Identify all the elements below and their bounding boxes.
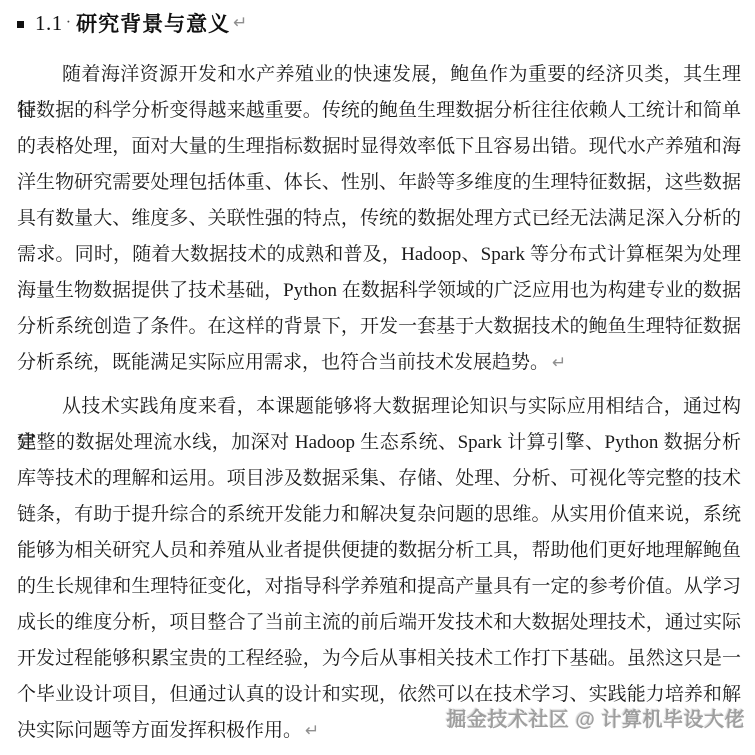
paragraph-line: 个毕业设计项目，但通过认真的设计和实现，依然可以在技术学习、实践能力培养和解: [17, 677, 741, 713]
paragraph-line: 开发过程能够积累宝贵的工程经验，为今后从事相关技术工作打下基础。虽然这只是一: [17, 641, 741, 677]
paragraph-line: 征数据的科学分析变得越来越重要。传统的鲍鱼生理数据分析往往依赖人工统计和简单: [17, 93, 741, 129]
paragraph-line: 海量生物数据提供了技术基础，Python 在数据科学领域的广泛应用也为构建专业的…: [17, 273, 741, 309]
paragraph-line: 的生长规律和生理特征变化，对指导科学养殖和提高产量具有一定的参考价值。从学习: [17, 569, 741, 605]
paragraph: 从技术实践角度来看，本课题能够将大数据理论知识与实际应用相结合，通过构建完整的数…: [17, 389, 741, 749]
paragraph-line: 分析系统，既能满足实际应用需求，也符合当前技术发展趋势。↵: [17, 345, 741, 381]
paragraph-line: 洋生物研究需要处理包括体重、体长、性别、年龄等多维度的生理特征数据，这些数据: [17, 165, 741, 201]
paragraph-line: 需求。同时，随着大数据技术的成熟和普及，Hadoop、Spark 等分布式计算框…: [17, 237, 741, 273]
paragraph-line: 分析系统创造了条件。在这样的背景下，开发一套基于大数据技术的鲍鱼生理特征数据: [17, 309, 741, 345]
section-heading: 1.1 · 研究背景与意义 ↵: [17, 8, 741, 38]
paragraph-line: 完整的数据处理流水线，加深对 Hadoop 生态系统、Spark 计算引擎、Py…: [17, 425, 741, 461]
paragraph-end-mark: ↵: [305, 721, 319, 741]
paragraph: 随着海洋资源开发和水产养殖业的快速发展，鲍鱼作为重要的经济贝类，其生理特征数据的…: [17, 57, 741, 381]
paragraph-line: 从技术实践角度来看，本课题能够将大数据理论知识与实际应用相结合，通过构建: [17, 389, 741, 425]
heading-title: 研究背景与意义: [76, 8, 230, 38]
paragraph-line: 库等技术的理解和运用。项目涉及数据采集、存储、处理、分析、可视化等完整的技术: [17, 461, 741, 497]
paragraph-line: 决实际问题等方面发挥积极作用。↵: [17, 713, 741, 749]
heading-outline-square-icon: [17, 21, 24, 28]
paragraph-line: 成长的维度分析，项目整合了当前主流的前后端开发技术和大数据处理技术，通过实际: [17, 605, 741, 641]
heading-number: 1.1: [35, 11, 63, 36]
paragraph-line: 链条，有助于提升综合的系统开发能力和解决复杂问题的思维。从实用价值来说，系统: [17, 497, 741, 533]
paragraph-line: 具有数量大、维度多、关联性强的特点，传统的数据处理方式已经无法满足深入分析的: [17, 201, 741, 237]
document-body: 随着海洋资源开发和水产养殖业的快速发展，鲍鱼作为重要的经济贝类，其生理特征数据的…: [17, 57, 741, 749]
space-formatting-mark: ·: [66, 14, 71, 32]
paragraph-line: 的表格处理，面对大量的生理指标数据时显得效率低下且容易出错。现代水产养殖和海: [17, 129, 741, 165]
paragraph-end-mark: ↵: [552, 353, 566, 373]
paragraph-line: 随着海洋资源开发和水产养殖业的快速发展，鲍鱼作为重要的经济贝类，其生理特: [17, 57, 741, 93]
document-page: 1.1 · 研究背景与意义 ↵ 随着海洋资源开发和水产养殖业的快速发展，鲍鱼作为…: [0, 0, 755, 749]
paragraph-line: 能够为相关研究人员和养殖从业者提供便捷的数据分析工具，帮助他们更好地理解鲍鱼: [17, 533, 741, 569]
paragraph-end-mark: ↵: [233, 13, 247, 33]
